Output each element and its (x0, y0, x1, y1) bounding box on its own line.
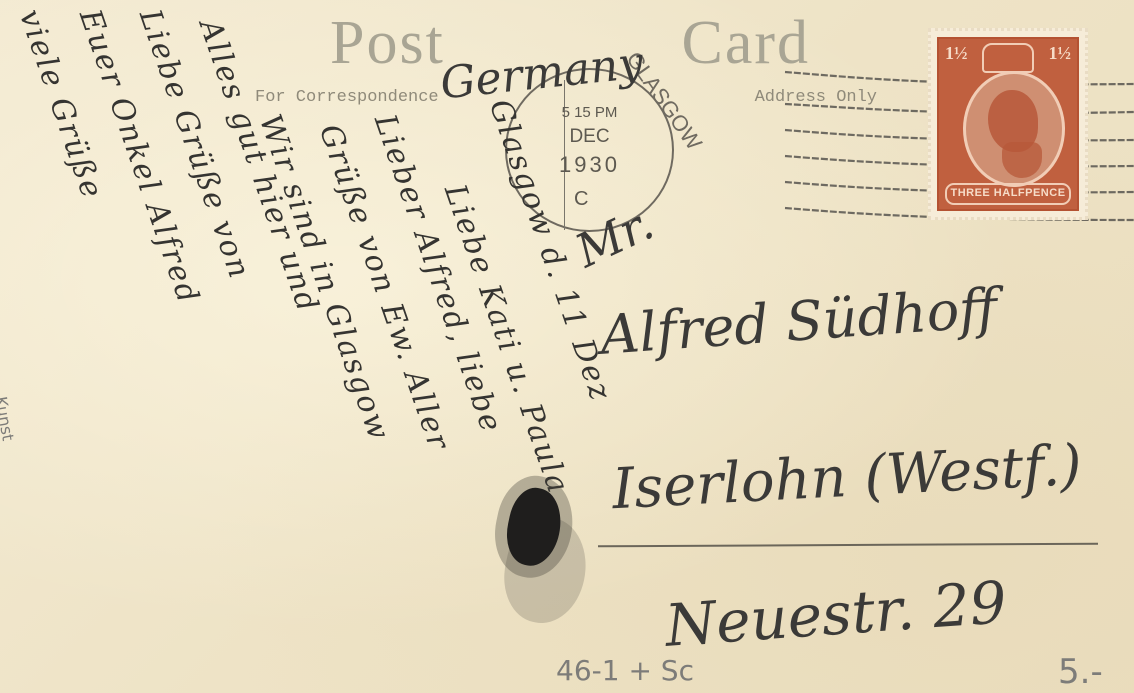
address-underline (598, 543, 1098, 548)
stamp-value-right: 1½ (1049, 43, 1072, 64)
postcard-back: Post Card For Correspondence Address Onl… (0, 0, 1134, 693)
pencil-corner-note: Kunst (0, 395, 18, 442)
ink-blot (500, 483, 567, 570)
printed-correspondence-label: For Correspondence (255, 88, 439, 107)
postmark-year: 1930 (559, 152, 620, 178)
pencil-catalog-note: 46-1 + Sc (556, 654, 694, 687)
stamp-value-left: 1½ (945, 43, 968, 64)
pencil-price-note: 5.- (1058, 652, 1103, 692)
printed-title-post: Post (330, 8, 445, 79)
address-street: Neuestr. 29 (663, 568, 1009, 660)
postmark-time: 5 15 PM (562, 104, 618, 121)
stamp-denomination-label: THREE HALFPENCE (945, 183, 1071, 205)
stamp-design: 1½ 1½ THREE HALFPENCE (937, 37, 1079, 211)
crown-icon (982, 43, 1034, 73)
king-portrait-icon (963, 71, 1065, 187)
postage-stamp: 1½ 1½ THREE HALFPENCE (928, 28, 1088, 220)
address-city: Iserlohn (Westf.) (611, 433, 1084, 523)
postmark-code: C (574, 188, 588, 211)
address-name: Alfred Südhoff (598, 276, 999, 367)
postmark-month: DEC (569, 126, 609, 148)
